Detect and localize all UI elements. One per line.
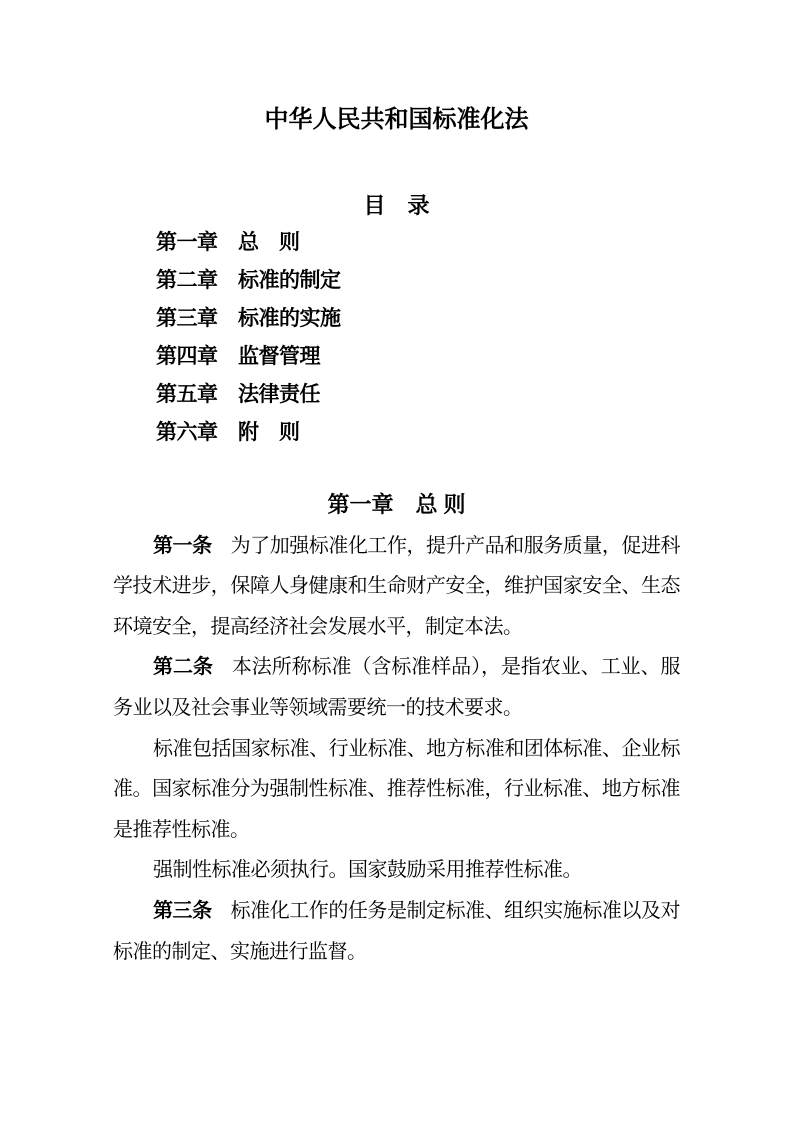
- paragraph-article-3: 第三条标准化工作的任务是制定标准、组织实施标准以及对标准的制定、实施进行监督。: [113, 891, 680, 972]
- article-2-number: 第二条: [153, 656, 213, 678]
- article-1-number: 第一条: [153, 535, 212, 557]
- paragraph-article-2-clause-2: 标准包括国家标准、行业标准、地方标准和团体标准、企业标准。国家标准分为强制性标准…: [113, 729, 680, 851]
- paragraph-article-1: 第一条为了加强标准化工作，提升产品和服务质量，促进科学技术进步，保障人身健康和生…: [113, 526, 680, 648]
- paragraph-article-2-clause-3: 强制性标准必须执行。国家鼓励采用推荐性标准。: [113, 850, 680, 891]
- toc-item-chapter-4: 第四章 监督管理: [156, 338, 680, 376]
- toc-section: 目 录 第一章 总 则 第二章 标准的制定 第三章 标准的实施 第四章 监督管理…: [113, 191, 680, 452]
- toc-item-chapter-1: 第一章 总 则: [156, 224, 680, 262]
- toc-item-chapter-3: 第三章 标准的实施: [156, 300, 680, 338]
- toc-item-chapter-6: 第六章 附 则: [156, 414, 680, 452]
- chapter-1-heading: 第一章 总 则: [113, 485, 680, 526]
- chapter-1-section: 第一章 总 则 第一条为了加强标准化工作，提升产品和服务质量，促进科学技术进步，…: [113, 485, 680, 972]
- toc-list: 第一章 总 则 第二章 标准的制定 第三章 标准的实施 第四章 监督管理 第五章…: [113, 224, 680, 452]
- document-title: 中华人民共和国标准化法: [113, 103, 680, 136]
- page-content: 中华人民共和国标准化法 目 录 第一章 总 则 第二章 标准的制定 第三章 标准…: [0, 103, 793, 972]
- toc-item-chapter-5: 第五章 法律责任: [156, 376, 680, 414]
- toc-heading: 目 录: [113, 191, 680, 221]
- article-2-clause-3-text: 强制性标准必须执行。国家鼓励采用推荐性标准。: [153, 859, 582, 881]
- toc-item-chapter-2: 第二章 标准的制定: [156, 262, 680, 300]
- article-3-number: 第三条: [153, 900, 212, 922]
- document-page: 中华人民共和国标准化法 目 录 第一章 总 则 第二章 标准的制定 第三章 标准…: [0, 0, 793, 1122]
- paragraph-article-2: 第二条本法所称标准（含标准样品），是指农业、工业、服务业以及社会事业等领域需要统…: [113, 647, 680, 728]
- article-2-clause-2-text: 标准包括国家标准、行业标准、地方标准和团体标准、企业标准。国家标准分为强制性标准…: [113, 738, 680, 841]
